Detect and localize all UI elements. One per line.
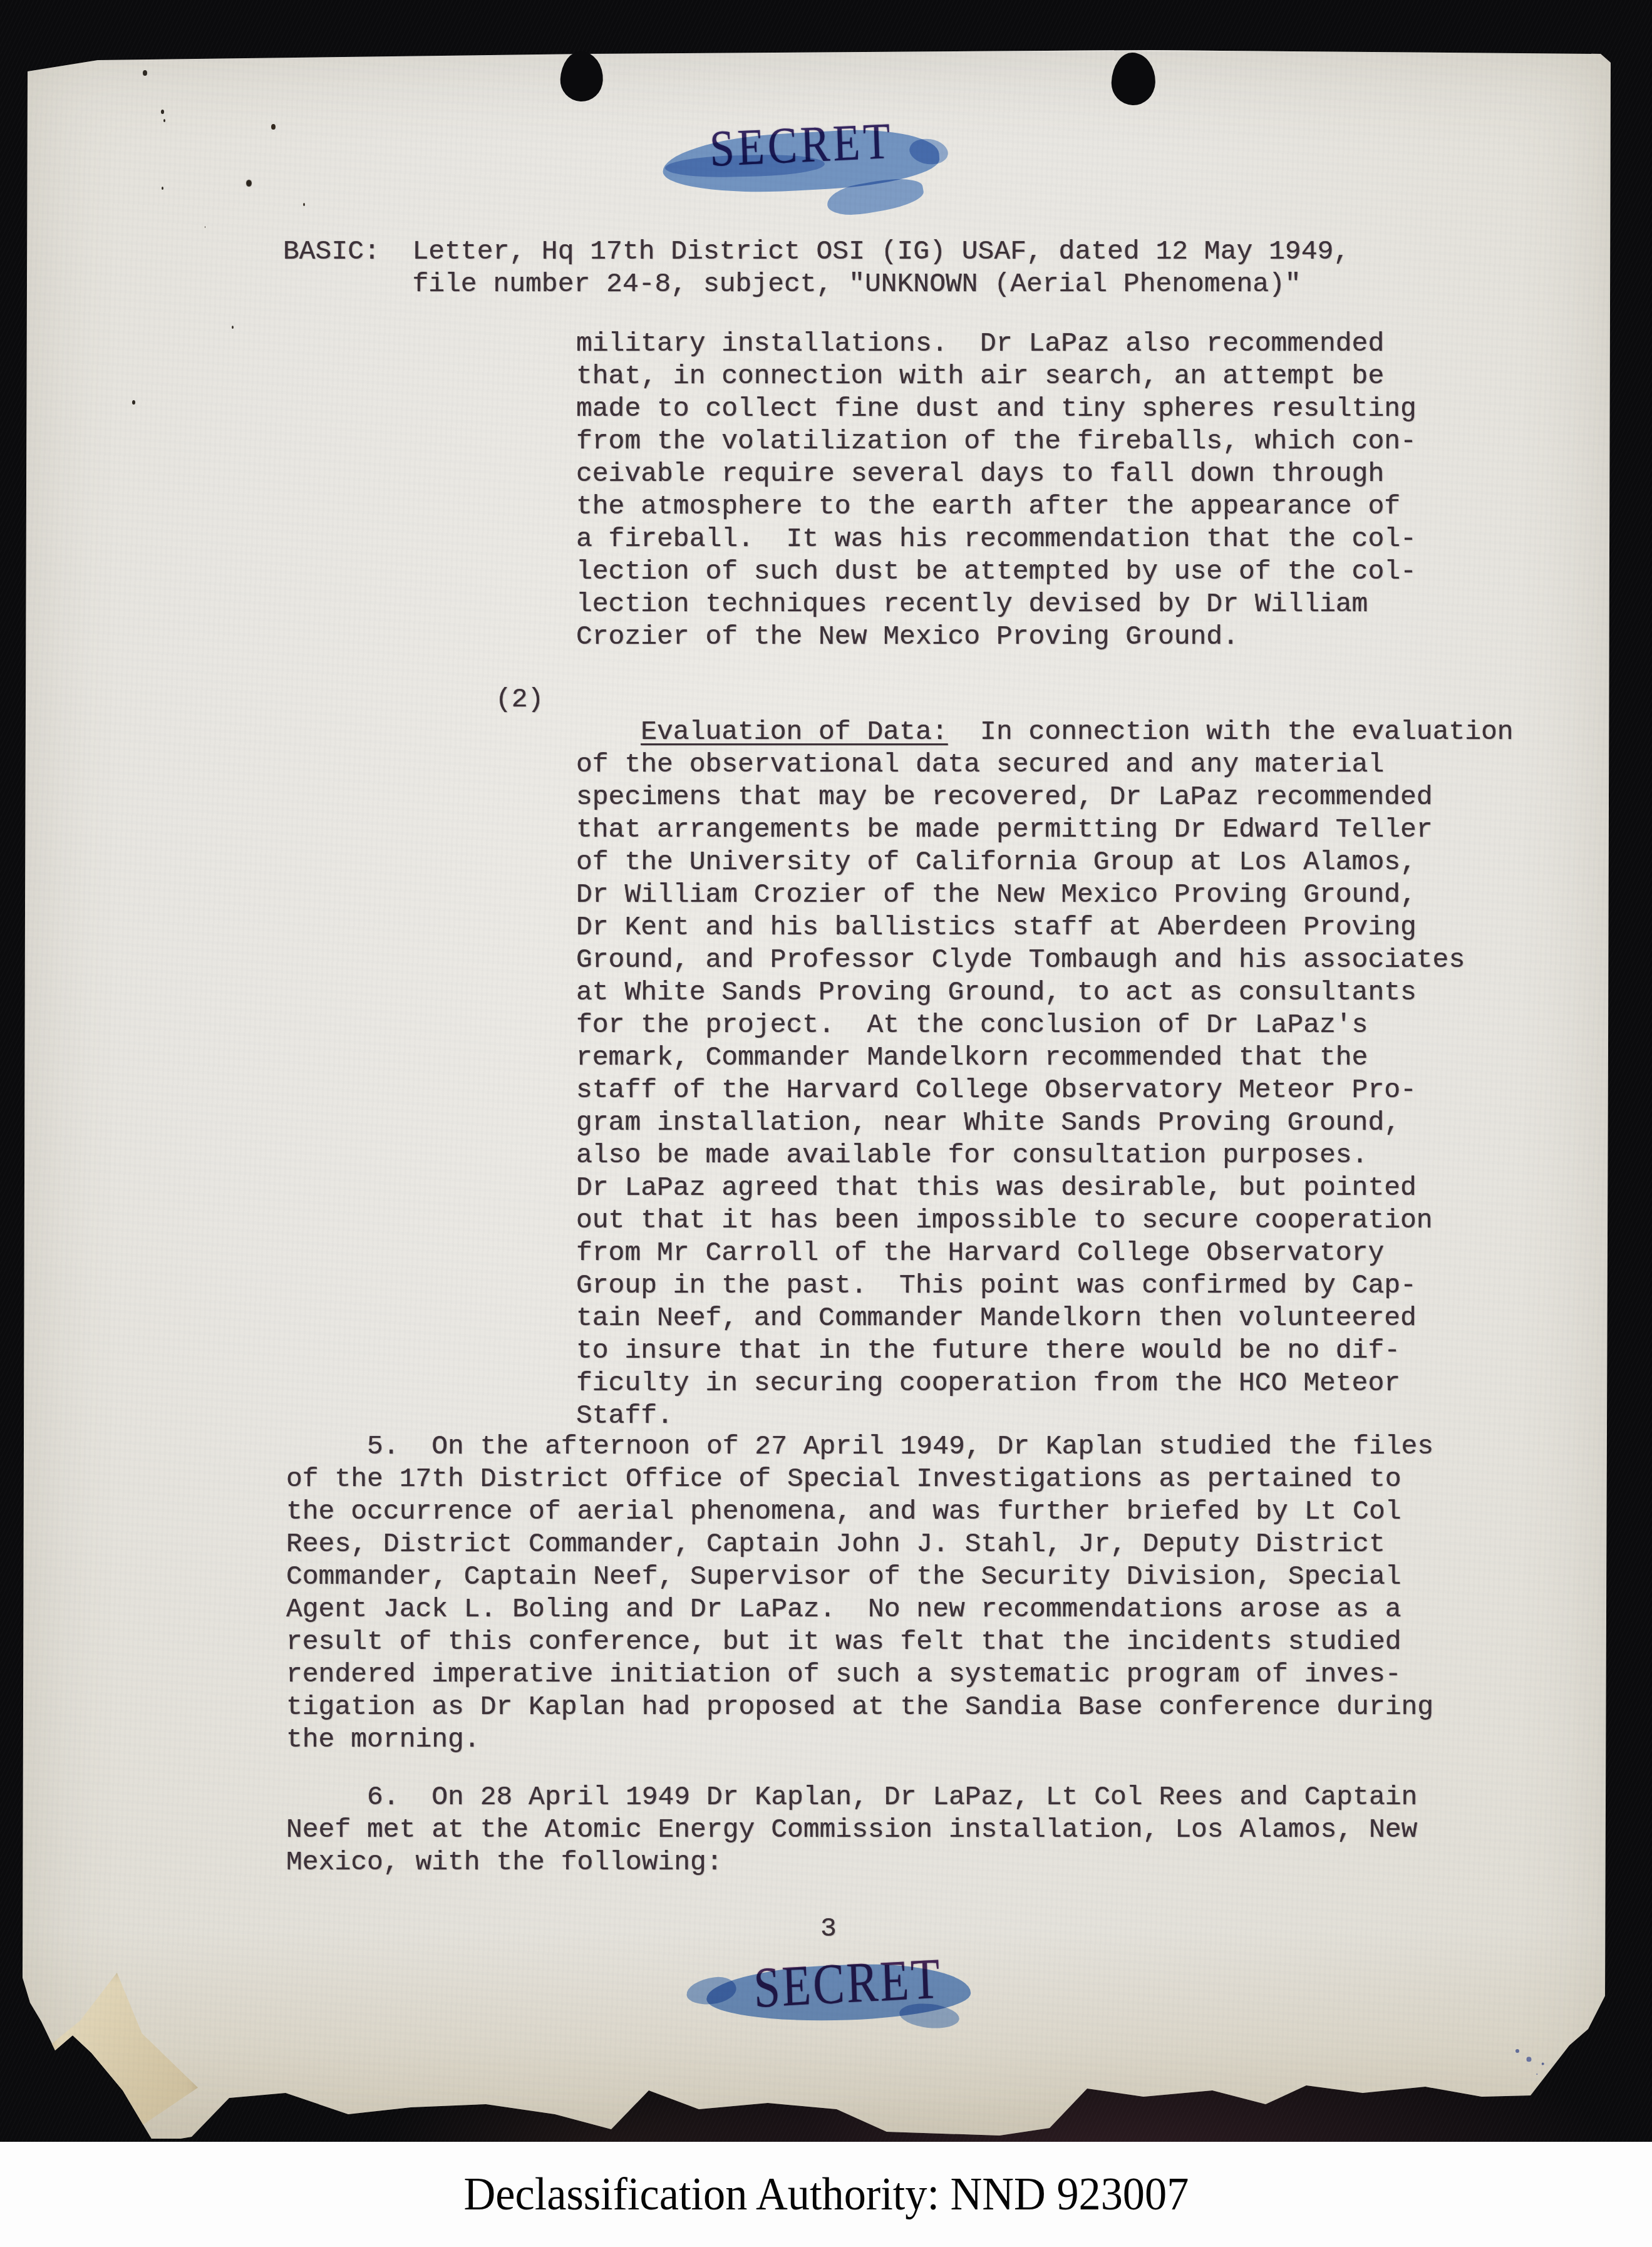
basic-reference-header: BASIC: Letter, Hq 17th District OSI (IG)… <box>283 235 1350 301</box>
item-2-paragraph: Evaluation of Data: In connection with t… <box>576 683 1514 1465</box>
declassification-text: Declassification Authority: NND 923007 <box>463 2168 1189 2221</box>
paragraph-continuation: military installations. Dr LaPaz also re… <box>576 328 1417 653</box>
declassification-band: Declassification Authority: NND 923007 <box>0 2142 1652 2247</box>
ink-speckles <box>1515 2049 1519 2053</box>
page-number: 3 <box>820 1913 837 1945</box>
evaluation-of-data-heading: Evaluation of Data: <box>641 716 947 747</box>
scanned-document: SECRET BASIC: Letter, Hq 17th District O… <box>0 0 1652 2247</box>
item-2-label: (2) <box>495 683 544 716</box>
paragraph-6: 6. On 28 April 1949 Dr Kaplan, Dr LaPaz,… <box>286 1781 1417 1879</box>
item-2-text: In connection with the evaluation of the… <box>576 716 1514 1431</box>
paper-specks <box>143 70 147 76</box>
paragraph-5: 5. On the afternoon of 27 April 1949, Dr… <box>286 1430 1433 1756</box>
torn-corner <box>51 1973 198 2132</box>
